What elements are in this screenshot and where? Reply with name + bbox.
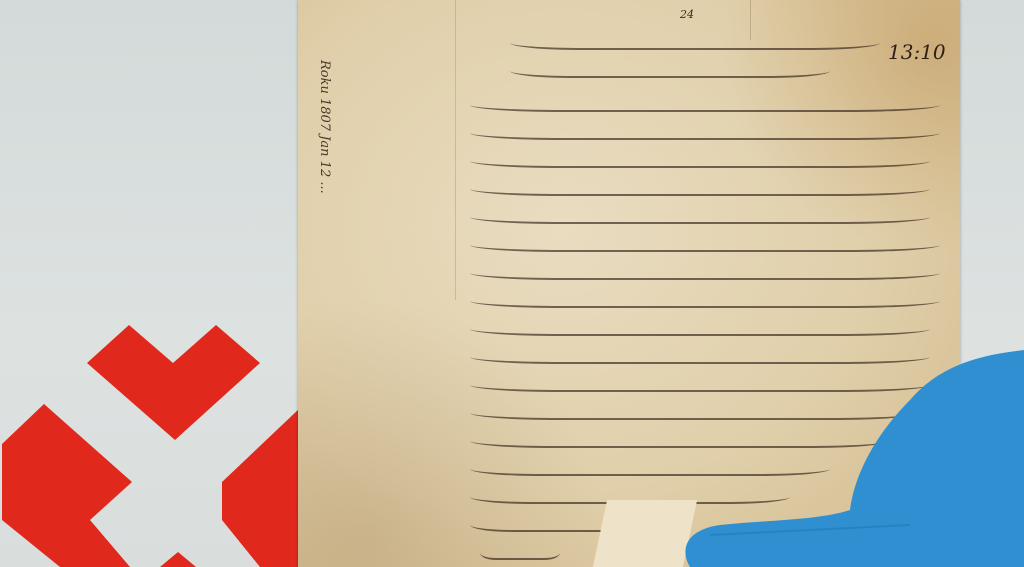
folio-number: 24 [680, 8, 694, 21]
paper-fold [455, 0, 456, 300]
margin-note: Roku 1807 Jan 12 ... [317, 60, 332, 194]
blue-gloved-hand [680, 350, 1024, 567]
reference-number: 13:10 [888, 40, 946, 64]
paper-fold [750, 0, 751, 40]
red-chevron-logo [0, 0, 300, 567]
